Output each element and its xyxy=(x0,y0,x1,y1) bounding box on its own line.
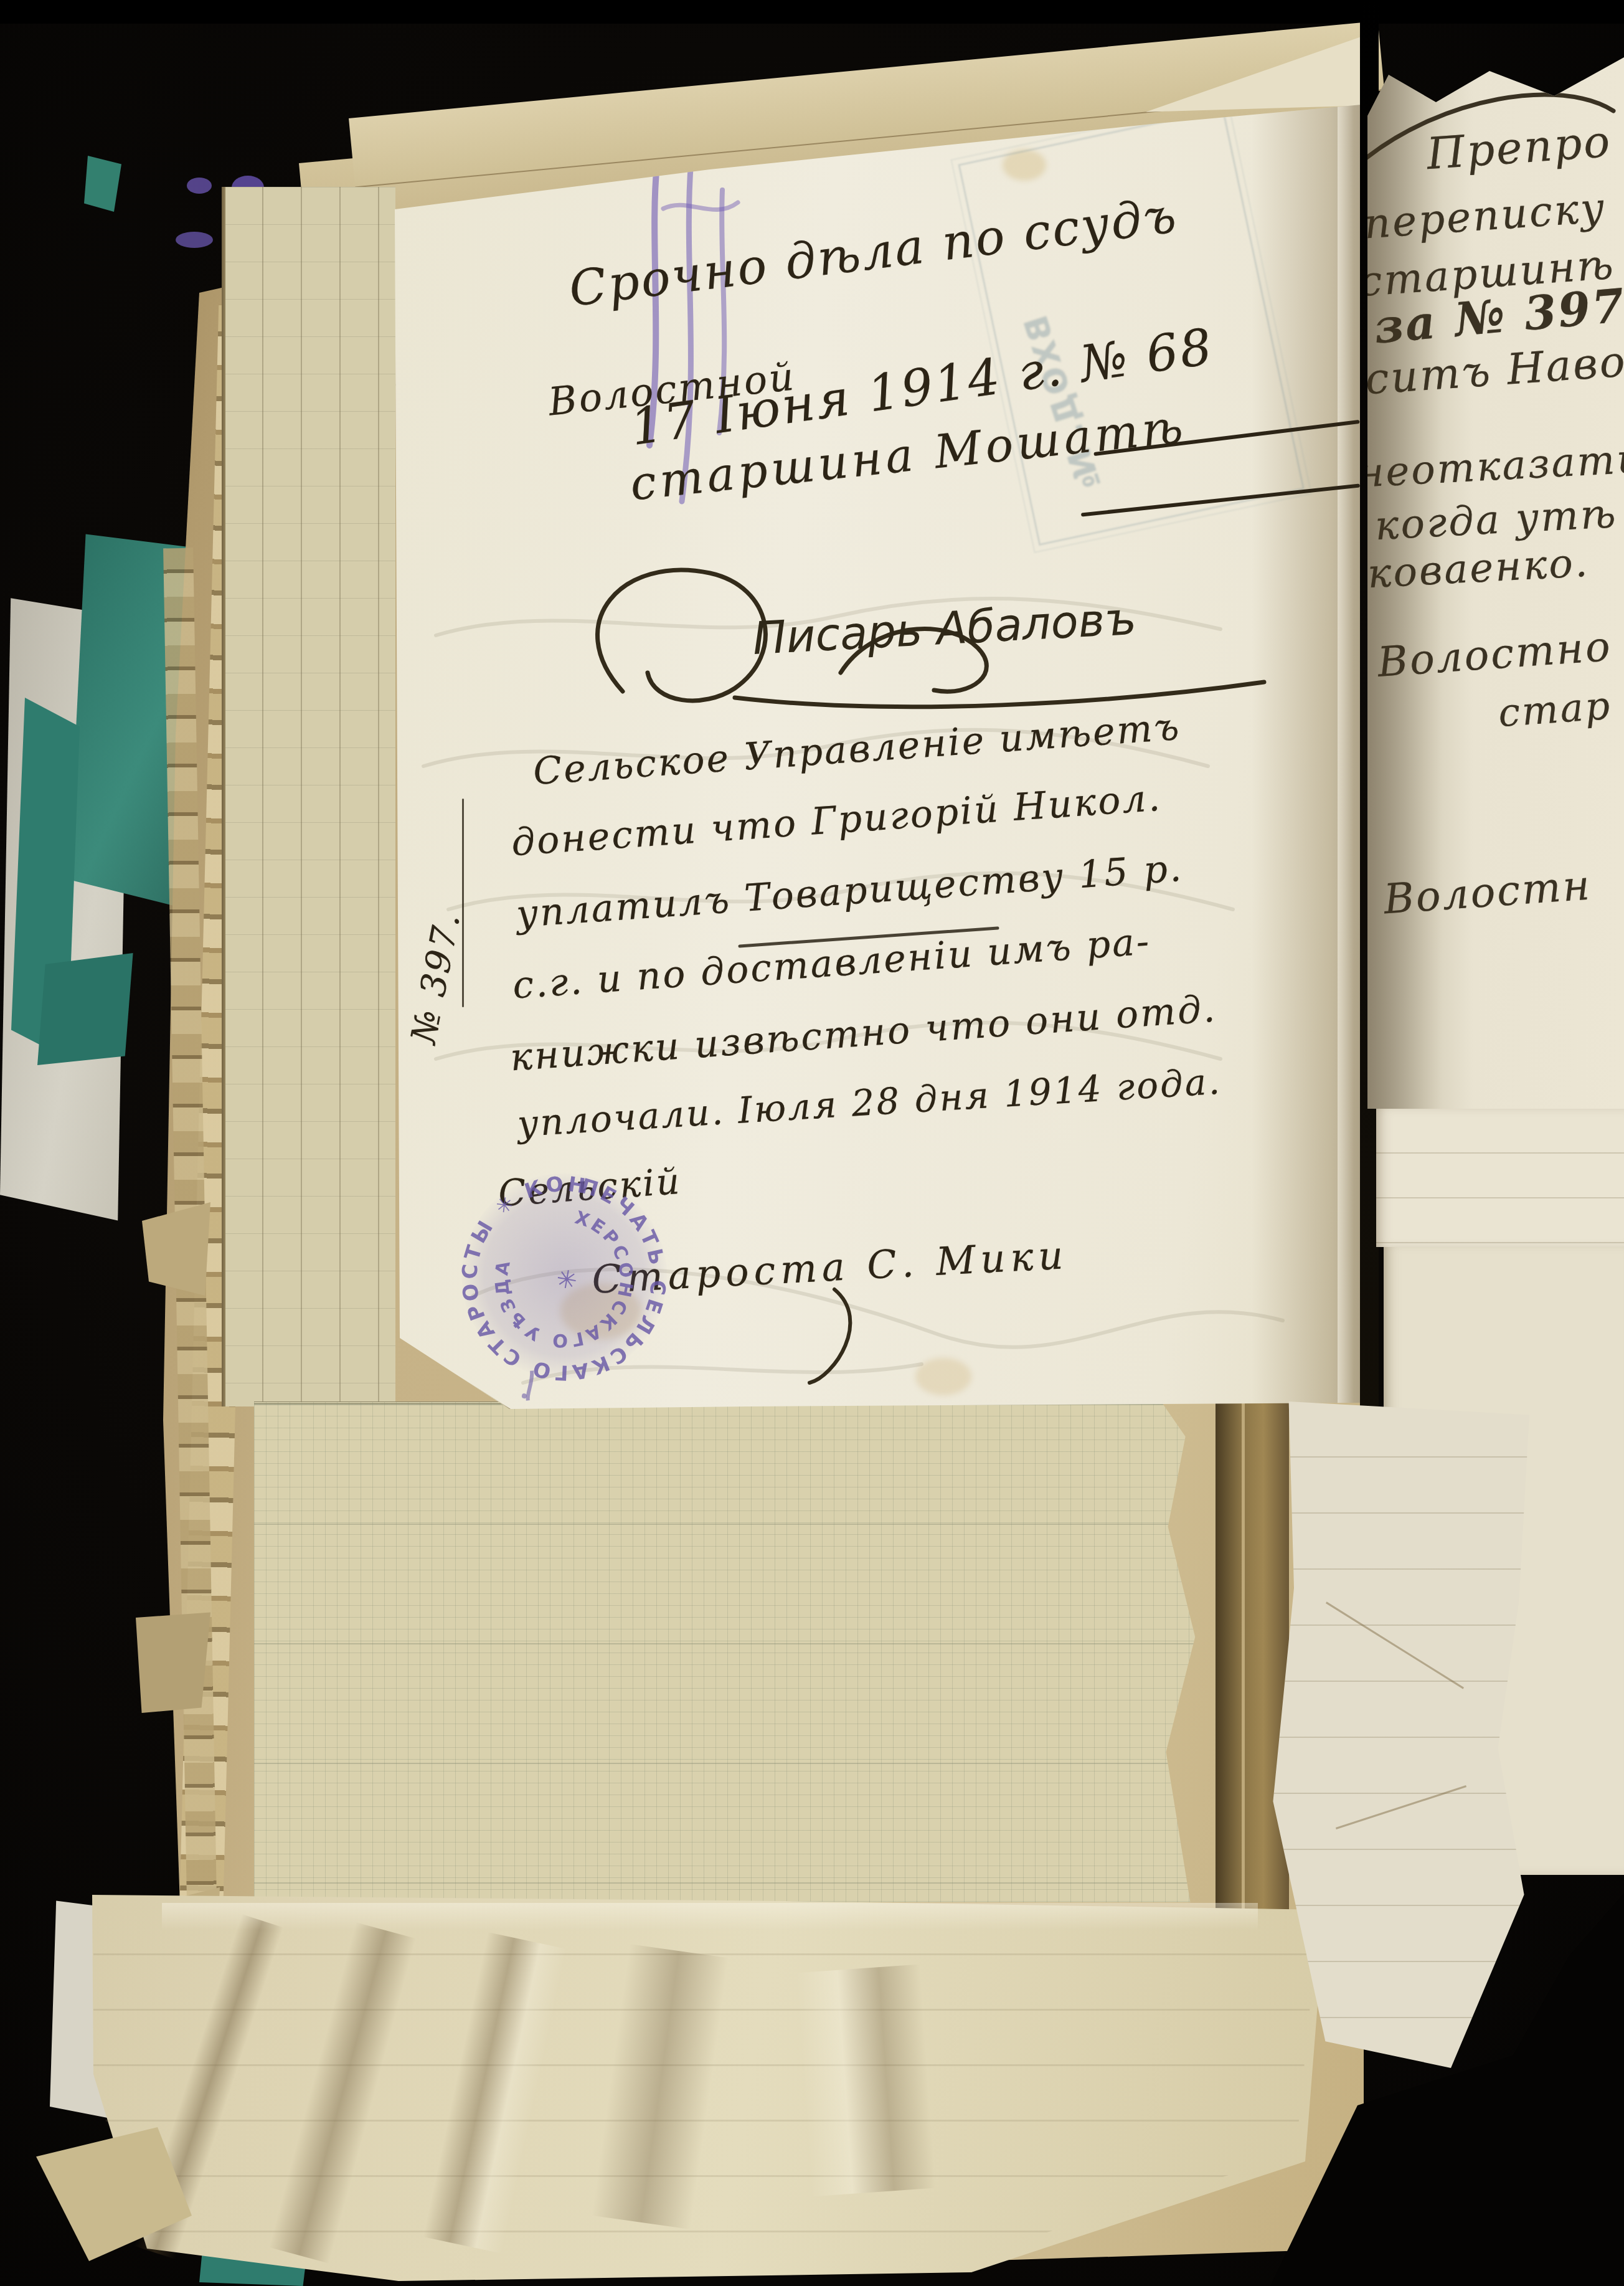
archive-scan-canvas: ВХОД. № Срочно дѣла по ссудъ 17 Іюня 191… xyxy=(0,0,1624,2286)
right-page-line: стар xyxy=(1497,683,1613,736)
torn-tab xyxy=(142,1202,210,1296)
top-black-band xyxy=(0,0,1624,24)
right-page-left-shadow xyxy=(1367,35,1442,1109)
fold-highlight xyxy=(162,1903,1258,1930)
stamp-center-mark: ✳ xyxy=(554,1264,580,1296)
teal-paper-scrap xyxy=(84,156,121,212)
fold-shadow xyxy=(796,1964,936,2196)
right-stack-sheet xyxy=(1376,1107,1624,1247)
ink-splatter xyxy=(187,178,212,194)
scribe-name-text: Писарь Абаловъ xyxy=(751,592,1137,665)
round-ink-stamp: ПЕЧАТЬ СЕЛЬСКАГО СТАРОСТЫ ✳ КОНСТАНТИНОВ… xyxy=(435,1152,697,1425)
closing-flourish xyxy=(797,1283,934,1395)
teal-paper-scrap xyxy=(37,953,137,1065)
scribe-flourish: Писарь Абаловъ xyxy=(548,548,1295,735)
torn-tab xyxy=(136,1607,210,1713)
ink-splatter xyxy=(176,232,213,248)
squared-grid-page xyxy=(254,1401,1224,1902)
right-handwritten-page: Препро переписку старшинѣ за № 397, ситъ… xyxy=(1367,35,1624,1109)
margin-rule xyxy=(462,799,464,1007)
ledger-grid-page-strip xyxy=(222,187,395,1406)
